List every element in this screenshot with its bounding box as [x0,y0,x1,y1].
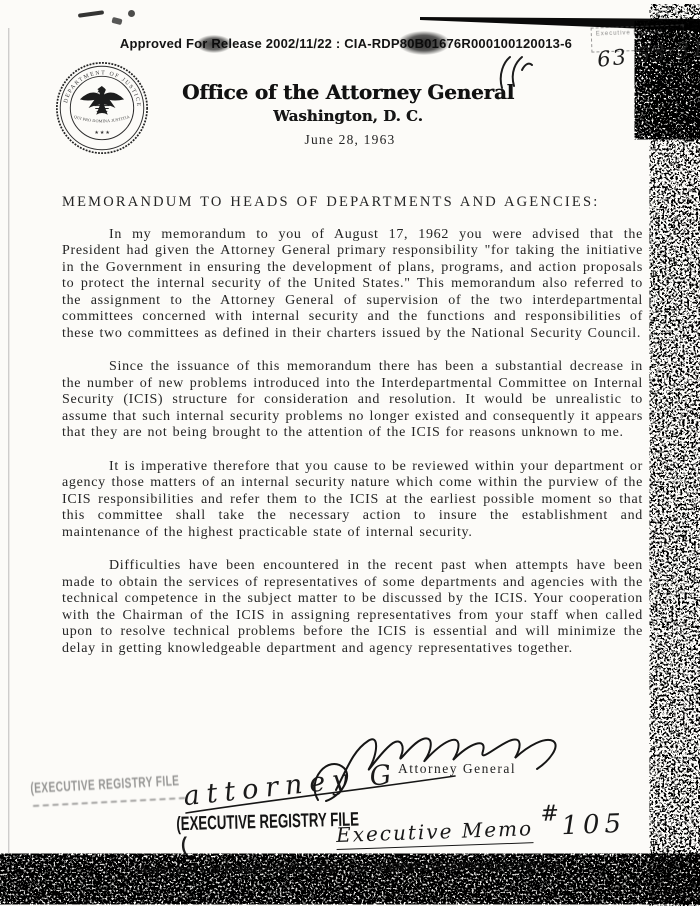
stamp-paren-mark: ( [181,834,187,855]
memo-paragraph: In my memorandum to you of August 17, 19… [62,227,643,343]
ink-smudge [128,10,135,17]
memo-body: MEMORANDUM TO HEADS OF DEPARTMENTS AND A… [62,194,643,674]
memo-salutation: MEMORANDUM TO HEADS OF DEPARTMENTS AND A… [62,194,643,211]
executive-registry-stamp: (EXECUTIVE REGISTRY FILE [176,808,359,836]
right-edge-noise [652,46,700,878]
executive-registry-stamp-faded: (EXECUTIVE REGISTRY FILE [30,772,180,796]
handwritten-file-number: 105 [561,809,627,841]
release-footer-line: Approved For Release 2002/11/22 : CIA-RD… [0,857,700,878]
handwritten-hash-mark: # [540,801,559,827]
ink-blob [196,35,232,53]
ink-smudge [78,10,104,18]
scanned-document-page: Approved For Release 2002/11/22 : CIA-RD… [0,0,700,906]
letterhead-office: Office of the Attorney General [0,80,696,104]
typed-signature-title: Attorney General [398,761,516,777]
release-header-line: Approved For Release 2002/11/22 : CIA-RD… [0,36,692,51]
letterhead-city: Washington, D. C. [0,107,696,125]
memo-paragraph: Since the issuance of this memorandum th… [62,359,643,442]
ink-blob [398,31,450,55]
handwritten-attorney-script: attorney G [182,759,400,812]
letterhead-date: June 28, 1963 [0,132,700,148]
memo-paragraph: Difficulties have been encountered in th… [62,558,643,657]
memo-paragraph: It is imperative therefore that you caus… [62,459,643,542]
ink-smudge [111,17,122,25]
faded-stamp-underline [33,797,185,807]
handwritten-file-text: Executive Memo [336,816,534,850]
page-left-edge [8,28,9,873]
handwritten-file-note: Executive Memo#105 [336,809,627,849]
registry-stamp-label: Executive Registry [596,29,664,37]
